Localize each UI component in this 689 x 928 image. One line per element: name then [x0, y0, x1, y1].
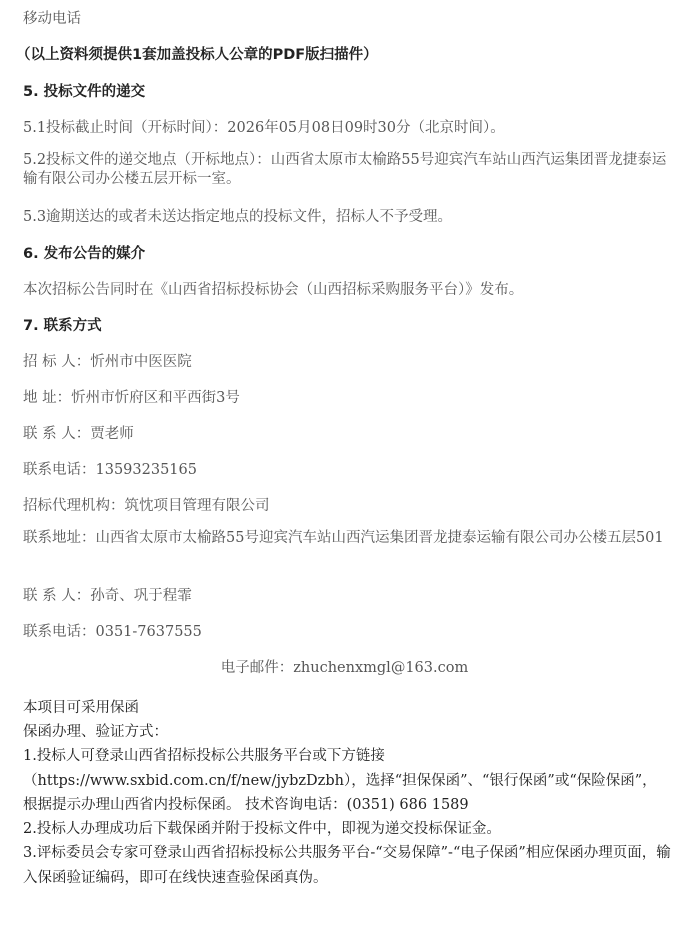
mobile-phone-label: 移动电话	[23, 7, 81, 28]
tenderer-phone: 联系电话：13593235165	[23, 458, 197, 479]
section-5-item-1: 5.1投标截止时间（开标时间）：2026年05月08日09时30分（北京时间）。	[23, 116, 505, 137]
guarantee-method-label: 保函办理、验证方式：	[23, 720, 168, 741]
tenderer-address: 地 址：忻州市忻府区和平西街3号	[23, 386, 240, 407]
section-6-text: 本次招标公告同时在《山西省招标投标协会（山西招标采购服务平台）》发布。	[23, 278, 523, 299]
agency-phone: 联系电话：0351-7637555	[23, 620, 202, 641]
section-6-title: 6. 发布公告的媒介	[23, 242, 145, 263]
agency-name: 招标代理机构：筑忱项目管理有限公司	[23, 494, 270, 515]
guarantee-step-1: 1.投标人可登录山西省招标投标公共服务平台或下方链接（https://www.s…	[23, 744, 671, 818]
tenderer: 招 标 人：忻州市中医医院	[23, 350, 192, 371]
agency-email: 电子邮件：zhuchenxmgl@163.com	[0, 656, 689, 677]
section-5-item-2: 5.2投标文件的递交地点（开标地点）：山西省太原市太榆路55号迎宾汽车站山西汽运…	[23, 151, 671, 189]
guarantee-step-3: 3.评标委员会专家可登录山西省招标投标公共服务平台-“交易保障”-“电子保函”相…	[23, 841, 671, 890]
guarantee-intro: 本项目可采用保函	[23, 696, 139, 717]
section-5-item-3: 5.3逾期送达的或者未送达指定地点的投标文件，招标人不予受理。	[23, 205, 452, 226]
scan-note: （以上资料须提供1套加盖投标人公章的PDF版扫描件）	[16, 43, 378, 64]
agency-address: 联系地址：山西省太原市太榆路55号迎宾汽车站山西汽运集团晋龙捷泰运输有限公司办公…	[23, 529, 671, 548]
tenderer-contact: 联 系 人：贾老师	[23, 422, 134, 443]
section-5-title: 5. 投标文件的递交	[23, 80, 145, 101]
agency-contact: 联 系 人：孙奇、巩于程霏	[23, 584, 192, 605]
section-7-title: 7. 联系方式	[23, 314, 102, 335]
guarantee-step-2: 2.投标人办理成功后下载保函并附于投标文件中，即视为递交投标保证金。	[23, 817, 501, 838]
